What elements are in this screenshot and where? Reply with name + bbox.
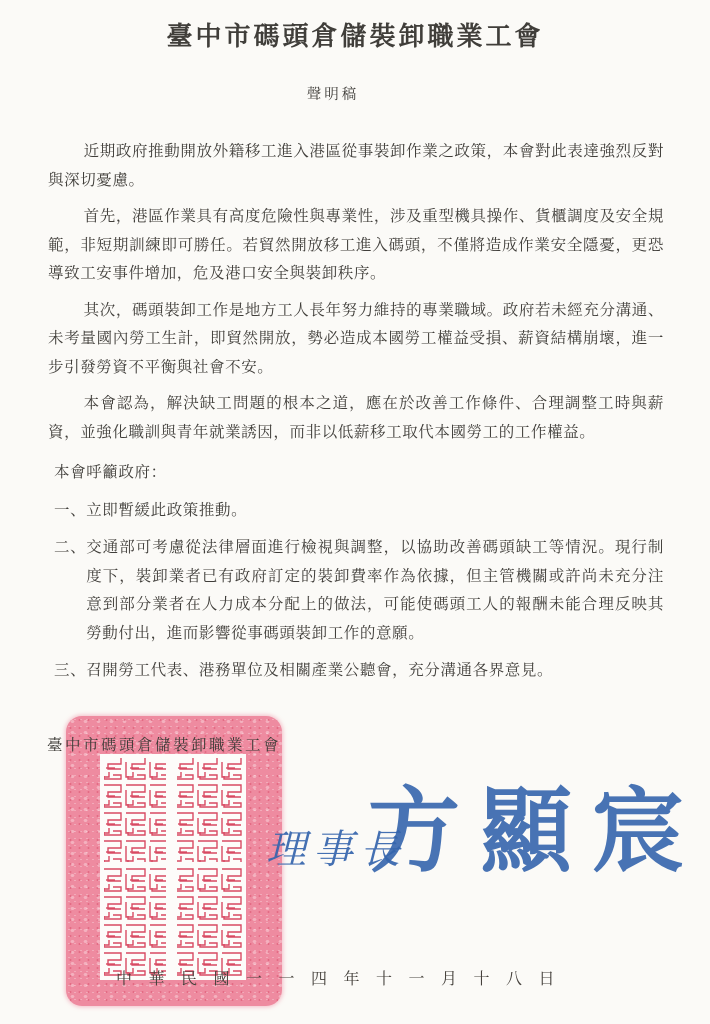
- document-date: 中華民國一一四年十一月十八日: [116, 966, 571, 989]
- document-subtitle: 聲明稿: [0, 84, 666, 106]
- union-red-stamp: [66, 716, 282, 1006]
- demand-text: 召開勞工代表、港務單位及相關產業公聽會，充分溝通各界意見。: [86, 657, 553, 686]
- union-name-over-stamp: 臺中市碼頭倉儲裝卸職業工會: [47, 733, 281, 755]
- demand-marker: 二、: [54, 534, 86, 648]
- demand-item-1: 一、 立即暫緩此政策推動。: [54, 497, 664, 526]
- chairman-name-signature: 方顯宸: [368, 780, 704, 884]
- union-seal-inner-panel: [100, 754, 246, 980]
- demand-marker: 一、: [54, 497, 86, 526]
- demand-text: 交通部可考慮從法律層面進行檢視與調整，以協助改善碼頭缺工等情況。現行制度下，裝卸…: [86, 534, 664, 648]
- demand-marker: 三、: [54, 657, 86, 686]
- statement-body: 近期政府推動開放外籍移工進入港區從事裝卸作業之政策，本會對此表達強烈反對與深切憂…: [0, 138, 710, 686]
- paragraph-safety: 首先，港區作業具有高度危險性與專業性，涉及重型機具操作、貨櫃調度及安全規範，非短…: [48, 203, 664, 289]
- union-seal-script-pattern: [100, 754, 246, 980]
- paragraph-solution: 本會認為，解決缺工問題的根本之道，應在於改善工作條件、合理調整工時與薪資，並強化…: [48, 390, 664, 447]
- scanned-statement-page: 臺中市碼頭倉儲裝卸職業工會 聲明稿 近期政府推動開放外籍移工進入港區從事裝卸作業…: [0, 0, 710, 1024]
- demand-item-3: 三、 召開勞工代表、港務單位及相關產業公聽會，充分溝通各界意見。: [54, 657, 664, 686]
- paragraph-labor-rights: 其次，碼頭裝卸工作是地方工人長年努力維持的專業職域。政府若未經充分溝通、未考量國…: [48, 297, 664, 383]
- demand-item-2: 二、 交通部可考慮從法律層面進行檢視與調整，以協助改善碼頭缺工等情況。現行制度下…: [54, 534, 664, 648]
- demand-text: 立即暫緩此政策推動。: [86, 497, 247, 526]
- paragraph-intro: 近期政府推動開放外籍移工進入港區從事裝卸作業之政策，本會對此表達強烈反對與深切憂…: [48, 138, 664, 195]
- demands-list: 一、 立即暫緩此政策推動。 二、 交通部可考慮從法律層面進行檢視與調整，以協助改…: [48, 497, 664, 686]
- document-title: 臺中市碼頭倉儲裝卸職業工會: [0, 20, 710, 54]
- appeal-intro: 本會呼籲政府：: [54, 459, 664, 488]
